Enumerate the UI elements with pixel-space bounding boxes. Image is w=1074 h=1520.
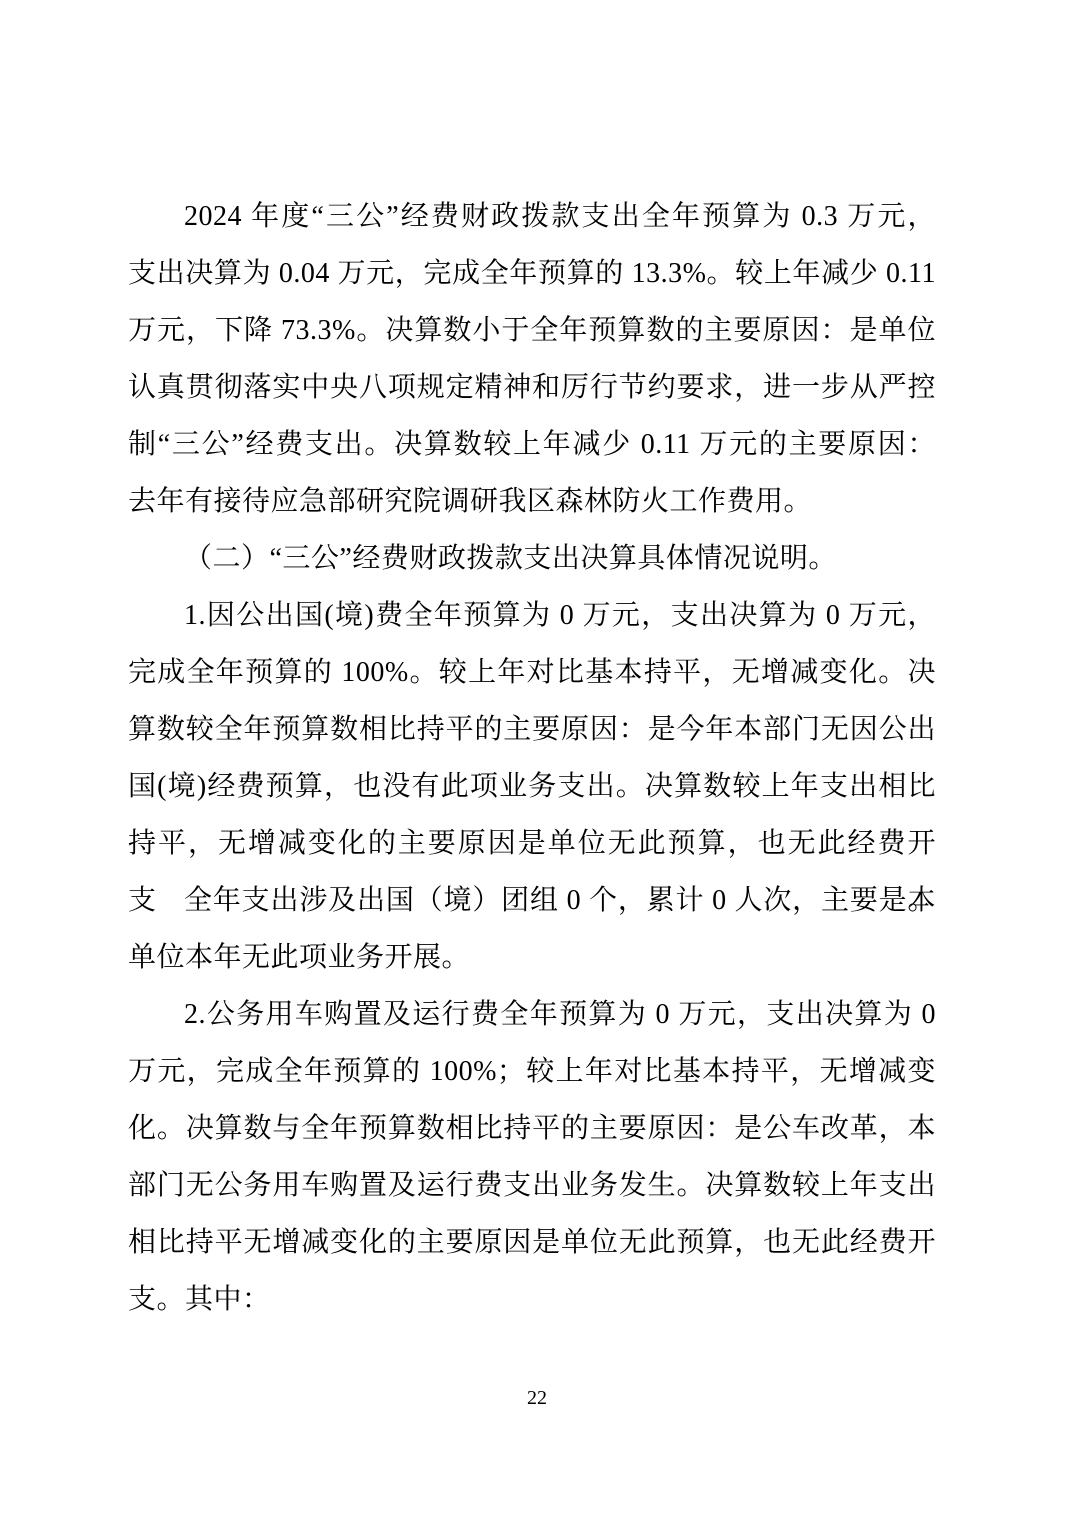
paragraph-line: 相比持平无增减变化的主要原因是单位无此预算，也无此经费开 [128,1214,936,1271]
paragraph-line: 支出决算为 0.04 万元，完成全年预算的 13.3%。较上年减少 0.11 [128,245,936,302]
paragraph-line: 部门无公务用车购置及运行费支出业务发生。决算数较上年支出 [128,1157,936,1214]
paragraph-line: 认真贯彻落实中央八项规定精神和厉行节约要求，进一步从严控 [128,359,936,416]
paragraph-line: 全年支出涉及出国（境）团组 0 个，累计 0 人次，主要是本 [128,872,936,929]
paragraph-line: 支。其中： [128,1271,936,1328]
paragraph-line: 2024 年度“三公”经费财政拨款支出全年预算为 0.3 万元， [128,188,936,245]
paragraph-line: 1.因公出国(境)费全年预算为 0 万元，支出决算为 0 万元， [128,587,936,644]
document-page: 2024 年度“三公”经费财政拨款支出全年预算为 0.3 万元， 支出决算为 0… [0,0,1074,1520]
paragraph-line: 去年有接待应急部研究院调研我区森林防火工作费用。 [128,473,936,530]
paragraph-line: 2.公务用车购置及运行费全年预算为 0 万元，支出决算为 0 [128,986,936,1043]
paragraph-line: 万元，完成全年预算的 100%；较上年对比基本持平，无增减变 [128,1043,936,1100]
paragraph-line: （二）“三公”经费财政拨款支出决算具体情况说明。 [128,530,936,587]
paragraph-line: 持平，无增减变化的主要原因是单位无此预算，也无此经费开支。 [128,815,936,872]
page-number: 22 [0,1384,1074,1412]
body-text: 2024 年度“三公”经费财政拨款支出全年预算为 0.3 万元， 支出决算为 0… [128,188,936,1328]
paragraph-line: 国(境)经费预算，也没有此项业务支出。决算数较上年支出相比 [128,758,936,815]
paragraph-line: 完成全年预算的 100%。较上年对比基本持平，无增减变化。决 [128,644,936,701]
paragraph-line: 化。决算数与全年预算数相比持平的主要原因：是公车改革，本 [128,1100,936,1157]
paragraph-line: 万元，下降 73.3%。决算数小于全年预算数的主要原因：是单位 [128,302,936,359]
paragraph-line: 制“三公”经费支出。决算数较上年减少 0.11 万元的主要原因： [128,416,936,473]
paragraph-line: 单位本年无此项业务开展。 [128,929,936,986]
paragraph-line: 算数较全年预算数相比持平的主要原因：是今年本部门无因公出 [128,701,936,758]
